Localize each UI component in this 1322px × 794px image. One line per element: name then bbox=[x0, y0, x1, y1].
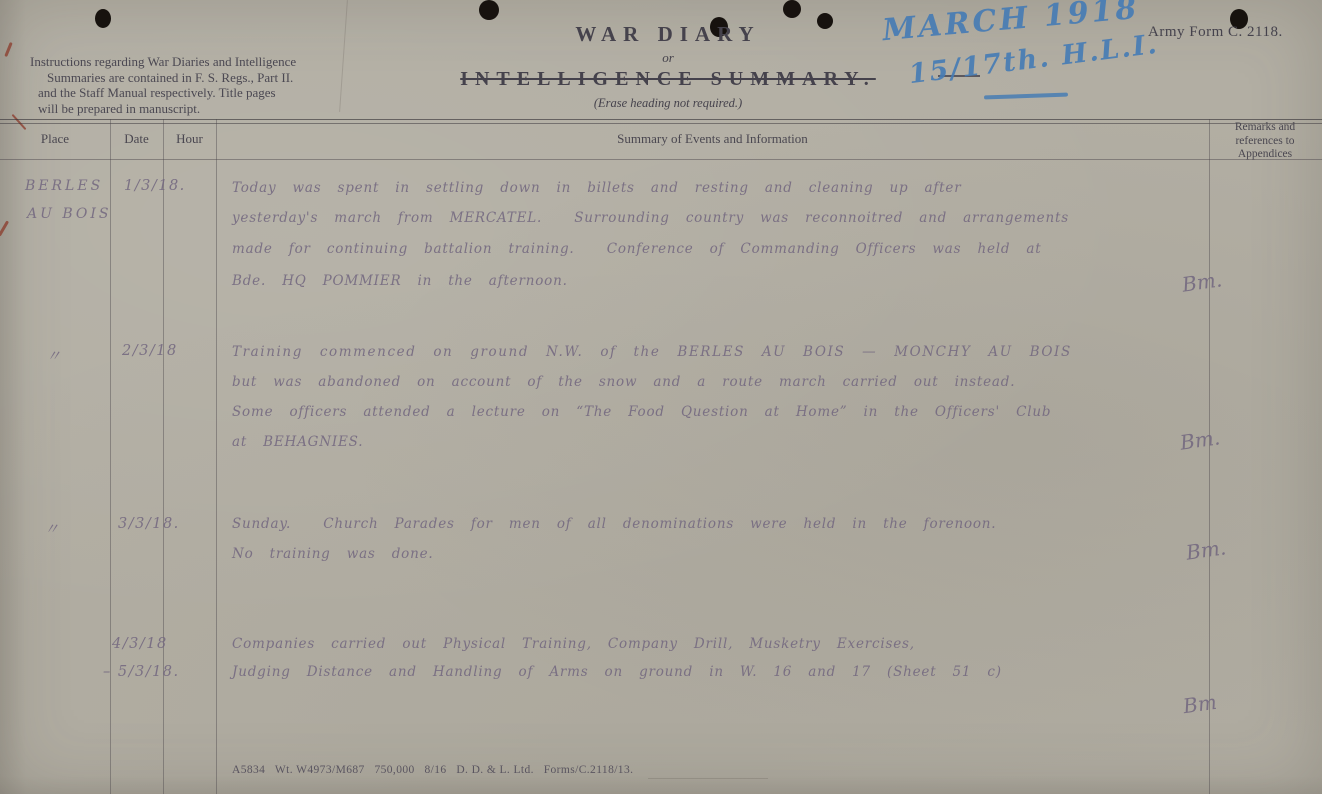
form-title: WAR DIARY bbox=[400, 22, 936, 47]
table-top-rule-2 bbox=[0, 123, 1322, 124]
printer-imprint: A5834 Wt. W4973/M687 750,000 8/16 D. D. … bbox=[232, 764, 633, 776]
column-header-remarks: Remarks and references to Appendices bbox=[1216, 121, 1314, 162]
entry-summary-line: at BEHAGNIES. bbox=[232, 434, 363, 450]
entry-summary-line: yesterday's march from MERCATEL. Surroun… bbox=[232, 210, 1069, 226]
entry-summary-line: Some officers attended a lecture on “The… bbox=[232, 404, 1051, 420]
entry-date: 2/3/18 bbox=[122, 343, 178, 359]
table-header-bottom-rule bbox=[0, 159, 1322, 160]
entry-date: 3/3/18. bbox=[118, 516, 180, 532]
entry-initials: Bm bbox=[1181, 690, 1218, 718]
punch-hole bbox=[783, 0, 801, 18]
edge-mark bbox=[4, 42, 12, 57]
column-header-date: Date bbox=[110, 131, 163, 147]
entry-date: – 5/3/18. bbox=[103, 664, 180, 680]
entry-place-ditto: 〃 bbox=[46, 345, 61, 366]
entry-summary-line: made for continuing battalion training. … bbox=[232, 241, 1041, 257]
entry-summary-line: Companies carried out Physical Training,… bbox=[232, 636, 915, 652]
entry-summary-line: Today was spent in settling down in bill… bbox=[232, 180, 961, 196]
form-title-block: WAR DIARY or INTELLIGENCE SUMMARY. (Eras… bbox=[400, 22, 936, 111]
instructions-line: Instructions regarding War Diaries and I… bbox=[30, 54, 410, 70]
entry-summary-line: but was abandoned on account of the snow… bbox=[232, 374, 1015, 390]
instructions-line: Summaries are contained in F. S. Regs., … bbox=[47, 70, 410, 86]
entry-summary-line: Judging Distance and Handling of Arms on… bbox=[232, 664, 1002, 680]
entry-initials: Bm. bbox=[1181, 267, 1224, 296]
entry-summary-line: No training was done. bbox=[232, 546, 433, 562]
punch-hole bbox=[479, 0, 499, 20]
entry-summary-line: Sunday. Church Parades for men of all de… bbox=[232, 516, 996, 532]
entry-place-ditto: 〃 bbox=[44, 518, 59, 539]
column-header-place: Place bbox=[0, 131, 110, 147]
army-form-number: Army Form C. 2118. bbox=[1148, 24, 1283, 41]
entry-summary-line: Bde. HQ POMMIER in the afternoon. bbox=[232, 273, 568, 289]
handwritten-underline bbox=[984, 93, 1068, 100]
paper-crease bbox=[648, 778, 768, 779]
form-title-or: or bbox=[400, 50, 936, 66]
instructions-line: and the Staff Manual respectively. Title… bbox=[38, 85, 410, 101]
entry-initials: Bm. bbox=[1179, 425, 1222, 454]
punch-hole bbox=[95, 9, 111, 28]
form-instructions: Instructions regarding War Diaries and I… bbox=[30, 54, 410, 116]
entry-date: 4/3/18 bbox=[112, 636, 168, 652]
entry-date: 1/3/18. bbox=[124, 178, 186, 194]
form-title-struck: INTELLIGENCE SUMMARY. bbox=[400, 68, 936, 91]
entry-place: AU BOIS bbox=[27, 206, 112, 222]
edge-mark bbox=[0, 220, 9, 236]
edge-mark bbox=[12, 114, 27, 130]
column-divider-hour-summary bbox=[216, 119, 217, 794]
instructions-line: will be prepared in manuscript. bbox=[38, 101, 410, 117]
column-divider-date-hour bbox=[163, 119, 164, 794]
entry-place: BERLES bbox=[25, 178, 103, 194]
war-diary-page: Instructions regarding War Diaries and I… bbox=[0, 0, 1322, 794]
column-header-hour: Hour bbox=[163, 131, 216, 147]
table-top-rule bbox=[0, 119, 1322, 120]
column-header-summary: Summary of Events and Information bbox=[216, 131, 1209, 147]
erase-heading-note: (Erase heading not required.) bbox=[400, 96, 936, 111]
entry-initials: Bm. bbox=[1185, 535, 1228, 564]
entry-summary-line: Training commenced on ground N.W. of the… bbox=[232, 344, 1072, 360]
